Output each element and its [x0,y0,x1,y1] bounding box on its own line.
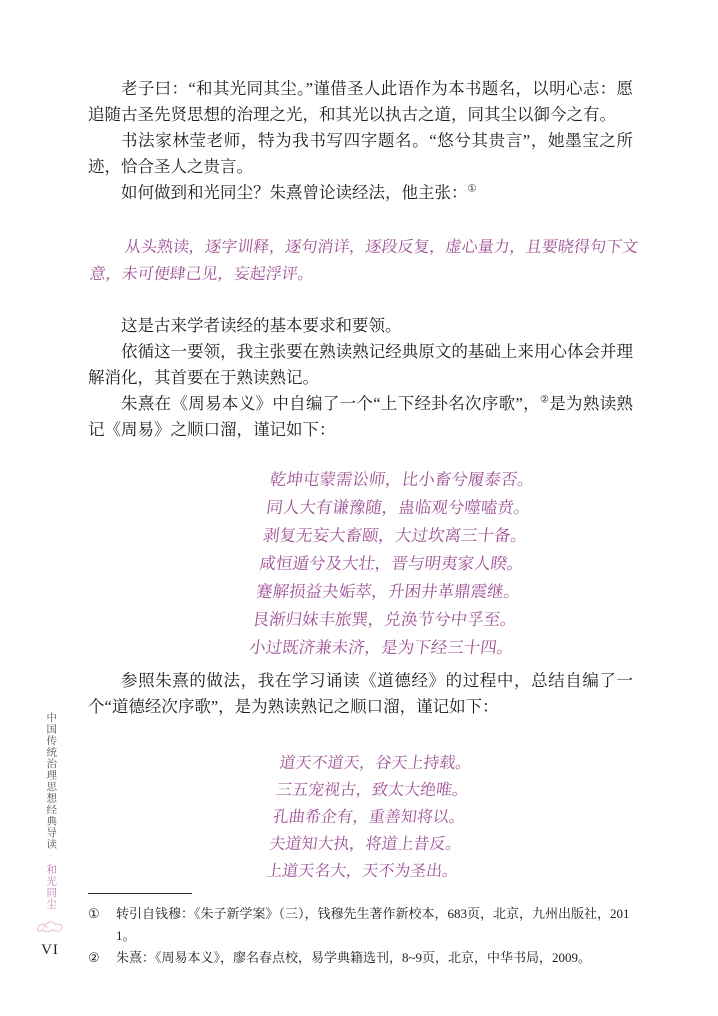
footnote-ref-2: ② [540,395,549,406]
page-content: 老子曰：“和其光同其尘。”谨借圣人此语作为本书题名，以明心志：愿追随古圣先贤思想… [88,0,633,969]
paragraph-zhouyi-song-intro: 朱熹在《周易本义》中自编了一个“上下经卦名次序歌”，②是为熟读熟记《周易》之顺口… [88,391,633,443]
poem-line: 小过既济兼未济，是为下经三十四。 [126,634,636,662]
paragraph-calligrapher: 书法家林莹老师，特为我书写四字题名。“悠兮其贵言”，她墨宝之所迹，恰合圣人之贵言… [88,128,633,180]
footnote-ref-1: ① [468,184,477,195]
series-title: 中国传统治理思想经典导读 [45,712,56,850]
paragraph-daodejing-song-intro: 参照朱熹的做法，我在学习诵读《道德经》的过程中，总结自编了一个“道德经次序歌”，… [88,668,633,720]
footnote-separator [88,893,192,894]
poem-line: 夫道知大执，将道上昔反。 [91,831,639,858]
poem-line: 乾坤屯蒙需讼师，比小畜兮履泰否。 [147,466,657,494]
paragraph-requirement: 这是古来学者读经的基本要求和要领。 [88,313,633,339]
hexagram-order-song: 乾坤屯蒙需讼师，比小畜兮履泰否。 同人大有谦豫随，蛊临观兮噬嗑贲。 剥复无妄大畜… [88,466,657,662]
footnote-text: 朱熹：《周易本义》，廖名春点校，易学典籍选刊，8~9页，北京，中华书局，2009… [116,947,633,969]
title-separator-dot: · [46,852,55,862]
paragraph-principle: 依循这一要领，我主张要在熟读熟记经典原文的基础上来用心体会并理解消化，其首要在于… [88,339,633,391]
page-number: VI [41,942,59,959]
footnote-marker: ① [88,903,116,947]
poem-line: 道天不道天，谷天上持载。 [101,750,649,777]
paragraph-zhuxi-intro: 如何做到和光同尘？朱熹曾论读经法，他主张：① [88,180,633,206]
paragraph-text: 朱熹在《周易本义》中自编了一个“上下经卦名次序歌”， [121,394,540,413]
poem-line: 艮渐归妹丰旅巽，兑涣节兮中孚至。 [129,606,639,634]
poem-line: 同人大有谦豫随，蛊临观兮噬嗑贲。 [143,494,653,522]
footnote-text: 转引自钱穆：《朱子新学案》（三），钱穆先生著作新校本，683页，北京，九州出版社… [116,903,633,947]
footnote-1: ① 转引自钱穆：《朱子新学案》（三），钱穆先生著作新校本，683页，北京，九州出… [88,903,633,947]
poem-line: 上道天名大，天不为圣出。 [88,858,636,885]
poem-line: 孔曲希企有，重善知将以。 [95,804,643,831]
footnote-2: ② 朱熹：《周易本义》，廖名春点校，易学典籍选刊，8~9页，北京，中华书局，20… [88,947,633,969]
zhuxi-reading-method-quote: 从头熟读，逐字训释，逐句消详，逐段反复，虚心量力，且要晓得句下文意，未可便肆己见… [88,234,640,288]
footnotes: ① 转引自钱穆：《朱子新学案》（三），钱穆先生著作新校本，683页，北京，九州出… [88,893,633,969]
cloud-ornament-icon [34,919,66,935]
page-margin-sidebar: 中国传统治理思想经典导读·和光同尘 VI [34,712,66,959]
book-title: 和光同尘 [45,864,56,910]
poem-line: 三五宠视古，致太大绝唯。 [98,777,646,804]
daodejing-order-song: 道天不道天，谷天上持载。 三五宠视古，致太大绝唯。 孔曲希企有，重善知将以。 夫… [88,750,650,885]
poem-line: 咸恒遁兮及大壮，晋与明夷家人睽。 [136,550,646,578]
book-page: 中国传统治理思想经典导读·和光同尘 VI 老子曰：“和其光同其尘。”谨借圣人此语… [0,0,718,1016]
footnote-marker: ② [88,947,116,969]
paragraph-laozi-quote: 老子曰：“和其光同其尘。”谨借圣人此语作为本书题名，以明心志：愿追随古圣先贤思想… [88,76,633,128]
paragraph-text: 如何做到和光同尘？朱熹曾论读经法，他主张： [121,183,468,202]
sidebar-running-title: 中国传统治理思想经典导读·和光同尘 [45,712,56,910]
poem-line: 剥复无妄大畜颐，大过坎离三十备。 [140,522,650,550]
poem-line: 蹇解损益夬姤萃，升困井革鼎震继。 [133,578,643,606]
